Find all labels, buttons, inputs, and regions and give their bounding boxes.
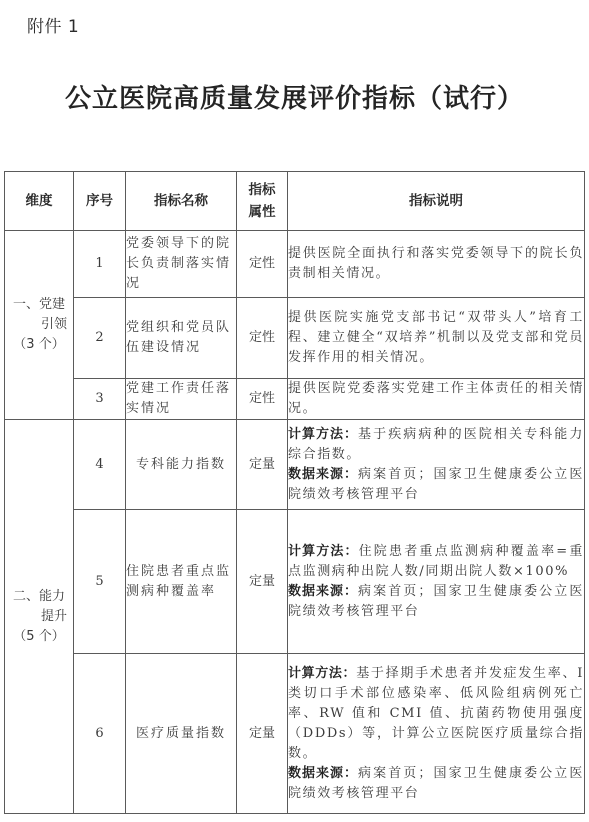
indicator-description: 提供医院党委落实党建工作主体责任的相关情况。 — [288, 379, 585, 420]
row-number: 3 — [74, 379, 126, 420]
header-attribute: 指标属性 — [237, 172, 288, 231]
dimension-line: 一、党建 — [5, 295, 73, 315]
table-row: 一、党建 引领 （3 个） 1 党委领导下的院长负责制落实情况 定性 提供医院全… — [5, 231, 585, 298]
header-description: 指标说明 — [288, 172, 585, 231]
header-number: 序号 — [74, 172, 126, 231]
indicator-name: 党组织和党员队伍建设情况 — [126, 298, 237, 379]
row-number: 2 — [74, 298, 126, 379]
indicator-name: 医疗质量指数 — [126, 654, 237, 814]
dimension-line: 引领 — [5, 315, 73, 335]
dimension-party-leadership: 一、党建 引领 （3 个） — [5, 231, 74, 420]
calculation-method: 计算方法：住院患者重点监测病种覆盖率=重点监测病种出院人数/同期出院人数×100… — [288, 542, 584, 582]
data-source: 数据来源：病案首页；国家卫生健康委公立医院绩效考核管理平台 — [288, 465, 584, 505]
dimension-count: （5 个） — [5, 627, 73, 647]
method-label: 计算方法： — [288, 544, 359, 559]
table-row: 2 党组织和党员队伍建设情况 定性 提供医院实施党支部书记“双带头人”培育工程、… — [5, 298, 585, 379]
document-title: 公立医院高质量发展评价指标（试行） — [0, 78, 589, 115]
indicator-name: 住院患者重点监测病种覆盖率 — [126, 510, 237, 654]
row-number: 6 — [74, 654, 126, 814]
method-label: 计算方法： — [288, 666, 356, 681]
data-source: 数据来源：病案首页；国家卫生健康委公立医院绩效考核管理平台 — [288, 582, 584, 622]
header-dimension: 维度 — [5, 172, 74, 231]
table-row: 二、能力 提升 （5 个） 4 专科能力指数 定量 计算方法：基于疾病病种的医院… — [5, 420, 585, 510]
indicator-table: 维度 序号 指标名称 指标属性 指标说明 一、党建 引领 （3 个） 1 党委领… — [4, 171, 585, 814]
indicator-attribute: 定性 — [237, 379, 288, 420]
header-name: 指标名称 — [126, 172, 237, 231]
indicator-attribute: 定性 — [237, 298, 288, 379]
indicator-name: 党委领导下的院长负责制落实情况 — [126, 231, 237, 298]
table-header-row: 维度 序号 指标名称 指标属性 指标说明 — [5, 172, 585, 231]
source-label: 数据来源： — [288, 467, 358, 482]
source-label: 数据来源： — [288, 766, 358, 781]
dimension-count: （3 个） — [5, 335, 73, 355]
indicator-attribute: 定性 — [237, 231, 288, 298]
indicator-attribute: 定量 — [237, 420, 288, 510]
dimension-line: 二、能力 — [5, 587, 73, 607]
calculation-method: 计算方法：基于择期手术患者并发症发生率、I 类切口手术部位感染率、低风险组病例死… — [288, 664, 584, 764]
indicator-attribute: 定量 — [237, 510, 288, 654]
indicator-description: 提供医院全面执行和落实党委领导下的院长负责制相关情况。 — [288, 231, 585, 298]
table-row: 5 住院患者重点监测病种覆盖率 定量 计算方法：住院患者重点监测病种覆盖率=重点… — [5, 510, 585, 654]
indicator-name: 党建工作责任落实情况 — [126, 379, 237, 420]
dimension-capability-improvement: 二、能力 提升 （5 个） — [5, 420, 74, 814]
calculation-method: 计算方法：基于疾病病种的医院相关专科能力综合指数。 — [288, 425, 584, 465]
source-label: 数据来源： — [288, 584, 358, 599]
table-row: 6 医疗质量指数 定量 计算方法：基于择期手术患者并发症发生率、I 类切口手术部… — [5, 654, 585, 814]
indicator-description: 计算方法：基于疾病病种的医院相关专科能力综合指数。 数据来源：病案首页；国家卫生… — [288, 420, 585, 510]
row-number: 4 — [74, 420, 126, 510]
dimension-line: 提升 — [5, 607, 73, 627]
indicator-description: 提供医院实施党支部书记“双带头人”培育工程、建立健全“双培养”机制以及党支部和党… — [288, 298, 585, 379]
data-source: 数据来源：病案首页；国家卫生健康委公立医院绩效考核管理平台 — [288, 764, 584, 804]
method-label: 计算方法： — [288, 427, 358, 442]
indicator-description: 计算方法：基于择期手术患者并发症发生率、I 类切口手术部位感染率、低风险组病例死… — [288, 654, 585, 814]
indicator-name: 专科能力指数 — [126, 420, 237, 510]
indicator-attribute: 定量 — [237, 654, 288, 814]
row-number: 1 — [74, 231, 126, 298]
table-row: 3 党建工作责任落实情况 定性 提供医院党委落实党建工作主体责任的相关情况。 — [5, 379, 585, 420]
row-number: 5 — [74, 510, 126, 654]
attachment-label: 附件 1 — [27, 12, 79, 37]
indicator-description: 计算方法：住院患者重点监测病种覆盖率=重点监测病种出院人数/同期出院人数×100… — [288, 510, 585, 654]
